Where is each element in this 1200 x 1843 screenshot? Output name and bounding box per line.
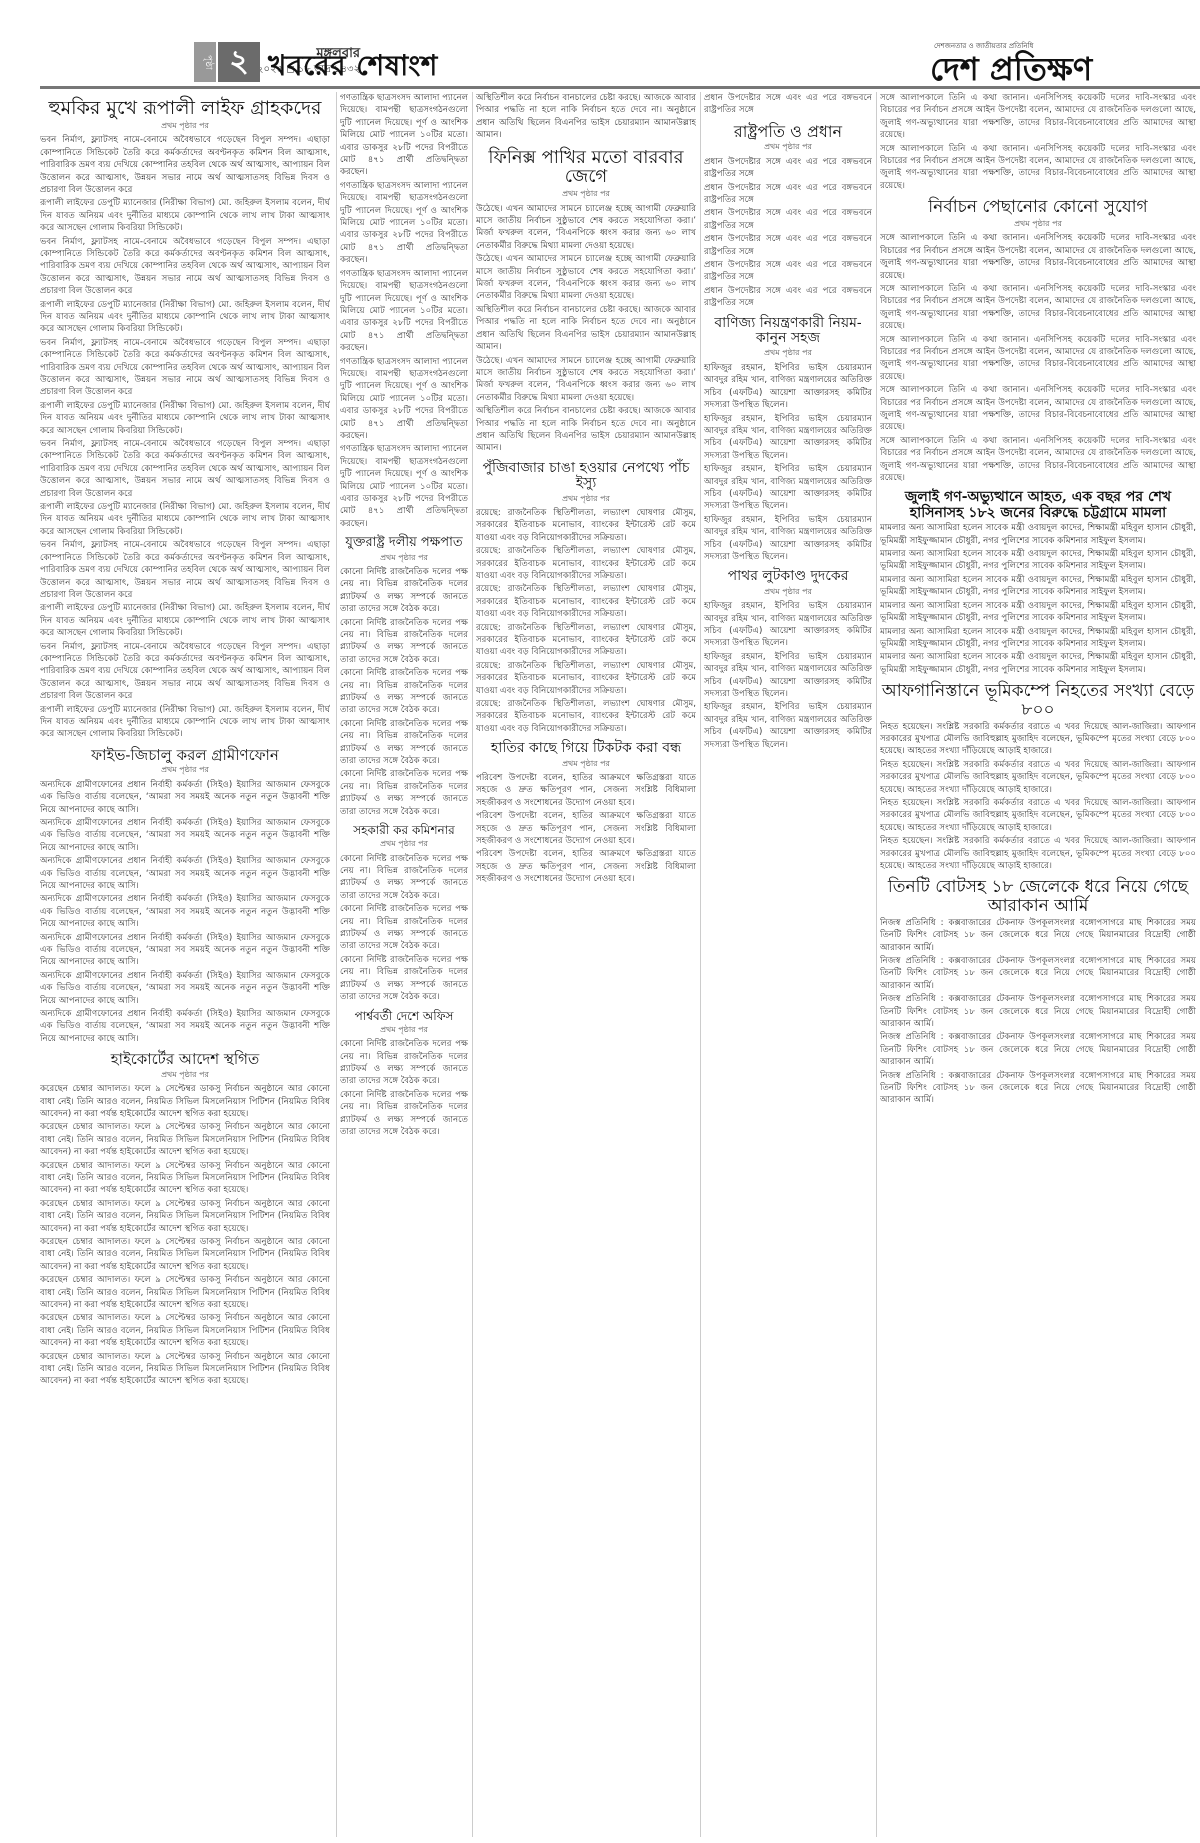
article-body: হাফিজুর রহমান, ইপিবির ভাইস চেয়ারম্যান আ… xyxy=(704,651,872,701)
continued-label: প্রথম পৃষ্ঠার পর xyxy=(40,764,330,776)
article-body: কোনো নির্দিষ্ট রাজনৈতিক দলের পক্ষ নেয় ন… xyxy=(340,768,468,818)
article-highcourt-lead: করেছেন চেম্বার আদালত। ফলে ৯ সেপ্টেম্বর ড… xyxy=(40,1083,330,1120)
article-body: উঠেছে। এখন আমাদের সামনে চ্যালেঞ্জ হচ্ছে … xyxy=(476,253,696,303)
continued-label: প্রথম পৃষ্ঠার পর xyxy=(704,586,872,598)
article-body: অন্যদিকে গ্রামীণফোনের প্রধান নির্বাহী কর… xyxy=(40,855,330,892)
article-body: উঠেছে। এখন আমাদের সামনে চ্যালেঞ্জ হচ্ছে … xyxy=(476,355,696,405)
article-body: অন্যদিকে গ্রামীণফোনের প্রধান নির্বাহী কর… xyxy=(40,893,330,930)
article-hasina-lead: মামলার অন্য আসামিরা হলেন সাবেক মন্ত্রী ও… xyxy=(880,522,1196,547)
article-body: হাফিজুর রহমান, ইপিবির ভাইস চেয়ারম্যান আ… xyxy=(704,701,872,751)
headline-fiveg: ফাইভ-জিচালু করল গ্রামীণফোন xyxy=(40,747,330,764)
article-body: প্রধান উপদেষ্টার সঙ্গে এবং এর পরে বঙ্গভব… xyxy=(704,233,872,258)
article-body: গণতান্ত্রিক ছাত্রসংসদ আলাদা প্যানেল দিয়… xyxy=(340,268,468,355)
article-body: মামলার অন্য আসামিরা হলেন সাবেক মন্ত্রী ও… xyxy=(880,651,1196,676)
article-body: পরিবেশ উপদেষ্টা বলেন, হাতির আক্রমণে ক্ষত… xyxy=(476,810,696,847)
article-body: করেছেন চেম্বার আদালত। ফলে ৯ সেপ্টেম্বর ড… xyxy=(40,1351,330,1388)
continued-label: প্রথম পৃষ্ঠার পর xyxy=(340,1024,468,1036)
column-5: সঙ্গে আলাপকালে তিনি এ কথা জানান। এনসিপিস… xyxy=(880,92,1196,1837)
article-body: গণতান্ত্রিক ছাত্রসংসদ আলাদা প্যানেল দিয়… xyxy=(340,443,468,530)
article-body: অন্যদিকে গ্রামীণফোনের প্রধান নির্বাহী কর… xyxy=(40,1008,330,1045)
article-body: করেছেন চেম্বার আদালত। ফলে ৯ সেপ্টেম্বর ড… xyxy=(40,1236,330,1273)
article-body: ভবন নির্মাণ, ফ্ল্যাটসহ নামে-বেনামে অবৈধভ… xyxy=(40,337,330,399)
article-body: করেছেন চেম্বার আদালত। ফলে ৯ সেপ্টেম্বর ড… xyxy=(40,1198,330,1235)
article-body: হাফিজুর রহমান, ইপিবির ভাইস চেয়ারম্যান আ… xyxy=(704,463,872,513)
article-body: রয়েছে: রাজনৈতিক স্থিতিশীলতা, লভ্যাংশ ঘো… xyxy=(476,622,696,659)
article-body: সঙ্গে আলাপকালে তিনি এ কথা জানান। এনসিপিস… xyxy=(880,283,1196,333)
continued-label: প্রথম পৃষ্ঠার পর xyxy=(704,347,872,359)
article-body: রূপালী লাইফের ডেপুটি ম্যানেজার (নিরীক্ষা… xyxy=(40,299,330,336)
article-body: কোনো নির্দিষ্ট রাজনৈতিক দলের পক্ষ নেয় ন… xyxy=(340,903,468,953)
article-body: অস্থিতিশীল করে নির্বাচন বানচালের চেষ্টা … xyxy=(476,405,696,455)
article-body: রয়েছে: রাজনৈতিক স্থিতিশীলতা, লভ্যাংশ ঘো… xyxy=(476,660,696,697)
article-body: মামলার অন্য আসামিরা হলেন সাবেক মন্ত্রী ও… xyxy=(880,574,1196,599)
article-body: পরিবেশ উপদেষ্টা বলেন, হাতির আক্রমণে ক্ষত… xyxy=(476,848,696,885)
article-body: মামলার অন্য আসামিরা হলেন সাবেক মন্ত্রী ও… xyxy=(880,626,1196,651)
article-rupali-lead: ভবন নির্মাণ, ফ্ল্যাটসহ নামে-বেনামে অবৈধভ… xyxy=(40,134,330,196)
section-title: খবরের শেষাংশ xyxy=(268,44,438,91)
article-body: নিজস্ব প্রতিনিধি : কক্সবাজারের টেকনাফ উপ… xyxy=(880,1031,1196,1068)
article-body: রূপালী লাইফের ডেপুটি ম্যানেজার (নিরীক্ষা… xyxy=(40,197,330,234)
article-body: গণতান্ত্রিক ছাত্রসংসদ আলাদা প্যানেল দিয়… xyxy=(340,180,468,267)
article-body: রয়েছে: রাজনৈতিক স্থিতিশীলতা, লভ্যাংশ ঘো… xyxy=(476,583,696,620)
article-body: নিজস্ব প্রতিনিধি : কক্সবাজারের টেকনাফ উপ… xyxy=(880,993,1196,1030)
article-body: কোনো নির্দিষ্ট রাজনৈতিক দলের পক্ষ নেয় ন… xyxy=(340,718,468,768)
article-body: প্রধান উপদেষ্টার সঙ্গে এবং এর পরে বঙ্গভব… xyxy=(704,182,872,207)
article-body: হাফিজুর রহমান, ইপিবির ভাইস চেয়ারম্যান আ… xyxy=(704,600,872,650)
headline-president: রাষ্ট্রপতি ও প্রধান xyxy=(704,123,872,141)
article-body: ভবন নির্মাণ, ফ্ল্যাটসহ নামে-বেনামে অবৈধভ… xyxy=(40,438,330,500)
article-body: ভবন নির্মাণ, ফ্ল্যাটসহ নামে-বেনামে অবৈধভ… xyxy=(40,641,330,703)
continued-label: প্রথম পৃষ্ঠার পর xyxy=(40,1069,330,1081)
article-body: কোনো নির্দিষ্ট রাজনৈতিক দলের পক্ষ নেয় ন… xyxy=(340,667,468,717)
article-body: মামলার অন্য আসামিরা হলেন সাবেক মন্ত্রী ও… xyxy=(880,600,1196,625)
continued-label: প্রথম পৃষ্ঠার পর xyxy=(476,758,696,770)
continued-label: প্রথম পৃষ্ঠার পর xyxy=(476,188,696,200)
article-body: রয়েছে: রাজনৈতিক স্থিতিশীলতা, লভ্যাংশ ঘো… xyxy=(476,698,696,735)
article-body: নিজস্ব প্রতিনিধি : কক্সবাজারের টেকনাফ উপ… xyxy=(880,955,1196,992)
headline-phoenix: ফিনিক্স পাখির মতো বারবার জেগে xyxy=(476,148,696,188)
article-arakan-lead: নিজস্ব প্রতিনিধি : কক্সবাজারের টেকনাফ উপ… xyxy=(880,917,1196,954)
column-4: প্রধান উপদেষ্টার সঙ্গে এবং এর পরে বঙ্গভব… xyxy=(704,92,872,1837)
article-ducsu-lead: গণতান্ত্রিক ছাত্রসংসদ আলাদা প্যানেল দিয়… xyxy=(340,92,468,179)
article-usa-lead: কোনো নির্দিষ্ট রাজনৈতিক দলের পক্ষ নেয় ন… xyxy=(340,566,468,616)
article-body: হাফিজুর রহমান, ইপিবির ভাইস চেয়ারম্যান আ… xyxy=(704,413,872,463)
article-body: নিজস্ব প্রতিনিধি : কক্সবাজারের টেকনাফ উপ… xyxy=(880,1070,1196,1107)
article-body: নিহত হয়েছেন। সংশ্লিষ্ট সরকারি কর্মকর্তা… xyxy=(880,759,1196,796)
headline-election: নির্বাচন পেছানোর কোনো সুযোগ xyxy=(880,198,1196,217)
article-stock-lead: রয়েছে: রাজনৈতিক স্থিতিশীলতা, লভ্যাংশ ঘো… xyxy=(476,507,696,544)
article-body: প্রধান উপদেষ্টার সঙ্গে এবং এর পরে বঙ্গভব… xyxy=(704,207,872,232)
continued-label: প্রথম পৃষ্ঠার পর xyxy=(40,120,330,132)
column-2: গণতান্ত্রিক ছাত্রসংসদ আলাদা প্যানেল দিয়… xyxy=(340,92,468,1837)
article-body: সঙ্গে আলাপকালে তিনি এ কথা জানান। এনসিপিস… xyxy=(880,384,1196,434)
masthead: মঙ্গলবার ২ সেপ্টেম্বর ২০২৫ ◻ ১৮ ভাদ্র ১৪… xyxy=(0,0,1200,68)
article-body: প্রধান উপদেষ্টার সঙ্গে এবং এর পরে বঙ্গভব… xyxy=(704,92,872,117)
article-body: নিহত হয়েছেন। সংশ্লিষ্ট সরকারি কর্মকর্তা… xyxy=(880,797,1196,834)
article-body: অন্যদিকে গ্রামীণফোনের প্রধান নির্বাহী কর… xyxy=(40,817,330,854)
brand-name: দেশ প্রতিক্ষণ xyxy=(930,52,1190,86)
article-body: ভবন নির্মাণ, ফ্ল্যাটসহ নামে-বেনামে অবৈধভ… xyxy=(40,539,330,601)
headline-stone: পাথর লুটকাণ্ড দুদকের xyxy=(704,569,872,584)
article-body: অস্থিতিশীল করে নির্বাচন বানচালের চেষ্টা … xyxy=(476,304,696,354)
article-fiveg-lead: অন্যদিকে গ্রামীণফোনের প্রধান নির্বাহী কর… xyxy=(40,779,330,816)
headline-elephant: হাতির কাছে গিয়ে টিকটক করা বন্ধ xyxy=(476,741,696,756)
newspaper-logo: দেশজনতার ও জাতীয়তার প্রতিনিধি দেশ প্রতি… xyxy=(930,40,1190,86)
article-body: প্রধান উপদেষ্টার সঙ্গে এবং এর পরে বঙ্গভব… xyxy=(704,285,872,310)
article-body: করেছেন চেম্বার আদালত। ফলে ৯ সেপ্টেম্বর ড… xyxy=(40,1312,330,1349)
article-body: রূপালী লাইফের ডেপুটি ম্যানেজার (নিরীক্ষা… xyxy=(40,400,330,437)
article-body: সঙ্গে আলাপকালে তিনি এ কথা জানান। এনসিপিস… xyxy=(880,334,1196,384)
article-phoenix-lead: উঠেছে। এখন আমাদের সামনে চ্যালেঞ্জ হচ্ছে … xyxy=(476,203,696,253)
column-1: হুমকির মুখে রূপালী লাইফ গ্রাহকদের প্রথম … xyxy=(40,92,330,1837)
headline-neighbor: পার্শ্ববর্তী দেশে অফিস xyxy=(340,1010,468,1023)
article-body: করেছেন চেম্বার আদালত। ফলে ৯ সেপ্টেম্বর ড… xyxy=(40,1160,330,1197)
headline-stock: পুঁজিবাজার চাঙা হওয়ার নেপথ্যে পাঁচ ইস্য… xyxy=(476,461,696,492)
article-body: গণতান্ত্রিক ছাত্রসংসদ আলাদা প্যানেল দিয়… xyxy=(340,356,468,443)
continued-label: প্রথম পৃষ্ঠার পর xyxy=(340,552,468,564)
article-afghan-lead: নিহত হয়েছেন। সংশ্লিষ্ট সরকারি কর্মকর্তা… xyxy=(880,721,1196,758)
headline-rupali: হুমকির মুখে রূপালী লাইফ গ্রাহকদের xyxy=(40,98,330,119)
headline-tax: সহকারী কর কমিশনার xyxy=(340,824,468,837)
headline-hasina: জুলাই গণ-অভ্যুত্থানে আহত, এক বছর পর শেখ … xyxy=(880,490,1196,521)
article-body: করেছেন চেম্বার আদালত। ফলে ৯ সেপ্টেম্বর ড… xyxy=(40,1121,330,1158)
column-3: অস্থিতিশীল করে নির্বাচন বানচালের চেষ্টা … xyxy=(476,92,696,1837)
article-bnp-lead: অস্থিতিশীল করে নির্বাচন বানচালের চেষ্টা … xyxy=(476,92,696,142)
headline-afghan: আফগানিস্তানে ভূমিকম্পে নিহতের সংখ্যা বেড… xyxy=(880,682,1196,719)
continued-label: প্রথম পৃষ্ঠার পর xyxy=(340,838,468,850)
article-body: রূপালী লাইফের ডেপুটি ম্যানেজার (নিরীক্ষা… xyxy=(40,704,330,741)
article-elephant-lead: পরিবেশ উপদেষ্টা বলেন, হাতির আক্রমণে ক্ষত… xyxy=(476,772,696,809)
article-body: রূপালী লাইফের ডেপুটি ম্যানেজার (নিরীক্ষা… xyxy=(40,602,330,639)
article-body: কোনো নির্দিষ্ট রাজনৈতিক দলের পক্ষ নেয় ন… xyxy=(340,954,468,1004)
article-body: কোনো নির্দিষ্ট রাজনৈতিক দলের পক্ষ নেয় ন… xyxy=(340,1089,468,1139)
page-label: পৃষ্ঠা xyxy=(194,42,216,82)
headline-arakan: তিনটি বোটসহ ১৮ জেলেকে ধরে নিয়ে গেছে আরা… xyxy=(880,878,1196,915)
header-rule xyxy=(40,86,1200,89)
continued-label: প্রথম পৃষ্ঠার পর xyxy=(880,218,1196,230)
headline-trade: বাণিজ্য নিয়ন্ত্রণকারী নিয়ম-কানুন সহজ xyxy=(704,316,872,347)
article-body: প্রধান উপদেষ্টার সঙ্গে এবং এর পরে বঙ্গভব… xyxy=(704,259,872,284)
page-number: ২ xyxy=(218,42,260,82)
continued-label: প্রথম পৃষ্ঠার পর xyxy=(476,493,696,505)
article-body: কোনো নির্দিষ্ট রাজনৈতিক দলের পক্ষ নেয় ন… xyxy=(340,853,468,903)
column-divider xyxy=(700,92,701,1837)
article-body: ভবন নির্মাণ, ফ্ল্যাটসহ নামে-বেনামে অবৈধভ… xyxy=(40,236,330,298)
article-body: রয়েছে: রাজনৈতিক স্থিতিশীলতা, লভ্যাংশ ঘো… xyxy=(476,545,696,582)
headline-usa: যুক্তরাষ্ট্র দলীয় পক্ষপাত xyxy=(340,536,468,550)
article-body: সঙ্গে আলাপকালে তিনি এ কথা জানান। এনসিপিস… xyxy=(880,92,1196,142)
column-divider xyxy=(336,92,337,1837)
article-body: কোনো নির্দিষ্ট রাজনৈতিক দলের পক্ষ নেয় ন… xyxy=(340,617,468,667)
article-body: নিহত হয়েছেন। সংশ্লিষ্ট সরকারি কর্মকর্তা… xyxy=(880,835,1196,872)
article-body: অন্যদিকে গ্রামীণফোনের প্রধান নির্বাহী কর… xyxy=(40,970,330,1007)
article-body: করেছেন চেম্বার আদালত। ফলে ৯ সেপ্টেম্বর ড… xyxy=(40,1274,330,1311)
headline-highcourt: হাইকোর্টের আদেশ স্থগিত xyxy=(40,1051,330,1068)
article-body: মামলার অন্য আসামিরা হলেন সাবেক মন্ত্রী ও… xyxy=(880,548,1196,573)
article-president-lead: প্রধান উপদেষ্টার সঙ্গে এবং এর পরে বঙ্গভব… xyxy=(704,156,872,181)
article-body: সঙ্গে আলাপকালে তিনি এ কথা জানান। এনসিপিস… xyxy=(880,435,1196,485)
continued-label: প্রথম পৃষ্ঠার পর xyxy=(704,141,872,153)
article-trade-lead: হাফিজুর রহমান, ইপিবির ভাইস চেয়ারম্যান আ… xyxy=(704,362,872,412)
article-body: অন্যদিকে গ্রামীণফোনের প্রধান নির্বাহী কর… xyxy=(40,932,330,969)
article-body: কোনো নির্দিষ্ট রাজনৈতিক দলের পক্ষ নেয় ন… xyxy=(340,1038,468,1088)
article-body: হাফিজুর রহমান, ইপিবির ভাইস চেয়ারম্যান আ… xyxy=(704,514,872,564)
article-body: রূপালী লাইফের ডেপুটি ম্যানেজার (নিরীক্ষা… xyxy=(40,501,330,538)
column-divider xyxy=(876,92,877,1837)
article-body: সঙ্গে আলাপকালে তিনি এ কথা জানান। এনসিপিস… xyxy=(880,143,1196,193)
column-divider xyxy=(472,92,473,1837)
article-election-lead: সঙ্গে আলাপকালে তিনি এ কথা জানান। এনসিপিস… xyxy=(880,232,1196,282)
